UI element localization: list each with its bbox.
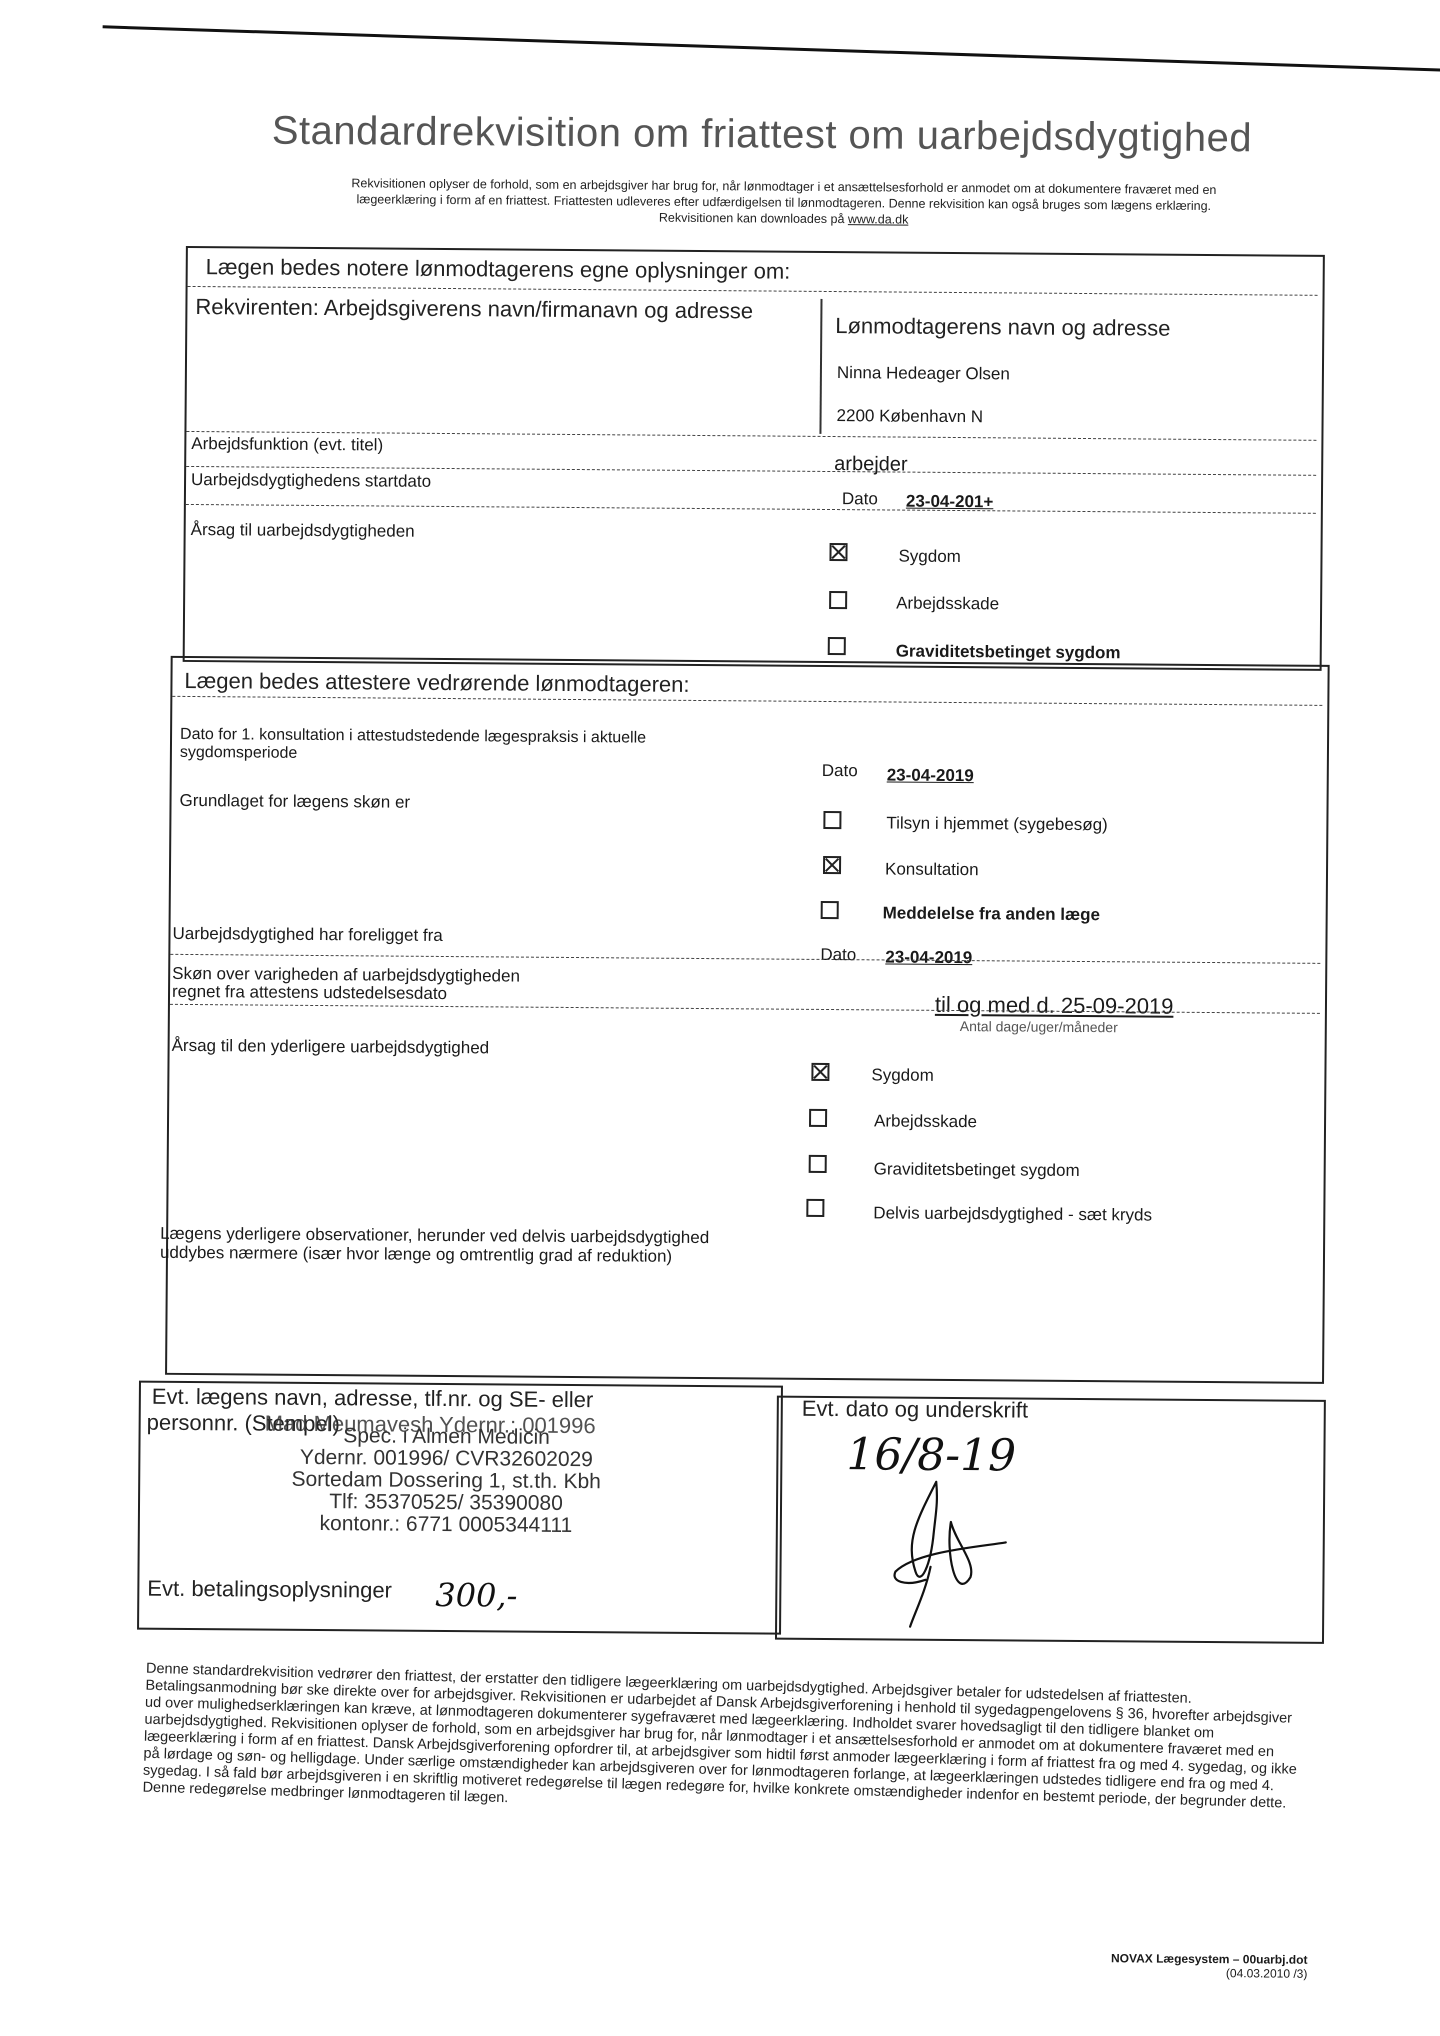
stamp-line: kontonr.: 6771 0005344111 <box>236 1512 656 1537</box>
further-sygdom-checkbox[interactable] <box>811 1063 829 1081</box>
signature-icon[interactable] <box>875 1471 1036 1632</box>
cause-arbejdsskade-checkbox[interactable] <box>829 591 847 609</box>
further-delvis-label: Delvis uarbejdsdygtighed - sæt kryds <box>873 1203 1152 1225</box>
first-consult-dato-label: Dato <box>822 761 858 781</box>
further-cause-label: Årsag til den yderligere uarbejdsdygtigh… <box>172 1036 490 1058</box>
document-title: Standardrekvisition om friattest om uarb… <box>272 109 1253 162</box>
section1-heading: Lægen bedes notere lønmodtagerens egne o… <box>206 254 791 285</box>
basis-meddelelse-label: Meddelelse fra anden læge <box>883 903 1100 925</box>
cause-graviditet-checkbox[interactable] <box>828 637 846 655</box>
cause-sygdom-checkbox[interactable] <box>829 543 847 561</box>
form-page: Standardrekvisition om friattest om uarb… <box>0 0 1440 2036</box>
basis-tilsyn-label: Tilsyn i hjemmet (sygebesøg) <box>886 813 1108 835</box>
section2-heading: Lægen bedes attestere vedrørende lønmodt… <box>184 668 689 698</box>
doctor-stamp: Spec. i Almen Medicin Ydernr. 001996/ CV… <box>236 1424 657 1537</box>
basis-meddelelse-checkbox[interactable] <box>821 901 839 919</box>
job-function-label: Arbejdsfunktion (evt. titel) <box>191 434 383 456</box>
stamp-line: Sortedam Dossering 1, st.th. Kbh <box>236 1468 656 1493</box>
cause-sygdom-label: Sygdom <box>898 547 961 567</box>
further-graviditet-checkbox[interactable] <box>809 1155 827 1173</box>
cause-label: Årsag til uarbejdsdygtigheden <box>191 520 415 542</box>
first-consult-date[interactable]: 23-04-2019 <box>887 765 974 786</box>
duration-hint: Antal dage/uger/måneder <box>960 1018 1118 1035</box>
incapacity-from-dato-label: Dato <box>820 945 856 965</box>
start-date-dato-label: Dato <box>842 489 878 509</box>
scan-top-rule <box>103 25 1440 71</box>
observations-field[interactable] <box>167 1271 1308 1370</box>
further-sygdom-label: Sygdom <box>871 1065 934 1085</box>
first-consult-label-2: sygdomsperiode <box>180 744 298 763</box>
further-arbejdsskade-checkbox[interactable] <box>809 1109 827 1127</box>
further-delvis-checkbox[interactable] <box>806 1199 824 1217</box>
cause-graviditet-label: Graviditetsbetinget sygdom <box>896 642 1121 664</box>
basis-tilsyn-checkbox[interactable] <box>823 811 841 829</box>
signature-label: Evt. dato og underskrift <box>802 1396 1028 1424</box>
employee-name[interactable]: Ninna Hedeager Olsen <box>837 363 1010 384</box>
incapacity-from-label: Uarbejdsdygtighed har foreligget fra <box>172 924 442 946</box>
basis-konsultation-checkbox[interactable] <box>823 856 841 874</box>
cause-arbejdsskade-label: Arbejdsskade <box>896 594 999 615</box>
further-arbejdsskade-label: Arbejdsskade <box>874 1111 977 1132</box>
intro-text: Rekvisitionen oplyser de forhold, som en… <box>241 174 1326 231</box>
basis-label: Grundlaget for lægens skøn er <box>179 791 410 813</box>
version-line: (04.03.2010 /3) <box>1067 1965 1307 1981</box>
employee-label: Lønmodtagerens navn og adresse <box>835 313 1170 342</box>
start-date-label: Uarbejdsdygtighedens startdato <box>191 470 431 492</box>
employer-label: Rekvirenten: Arbejdsgiverens navn/firman… <box>195 294 753 324</box>
incapacity-from-date[interactable]: 23-04-2019 <box>885 947 972 968</box>
download-link[interactable]: www.da.dk <box>848 212 909 226</box>
observations-label-2: uddybes nærmere (især hvor længe og omtr… <box>160 1243 672 1267</box>
basis-konsultation-label: Konsultation <box>885 859 979 880</box>
system-footer: NOVAX Lægesystem – 00uarbj.dot (04.03.20… <box>1067 1951 1307 1981</box>
payment-value[interactable]: 300,- <box>435 1576 517 1615</box>
doctor-label-1: Evt. lægens navn, adresse, tlf.nr. og SE… <box>152 1384 594 1413</box>
duration-value[interactable]: til og med d. 25-09-2019 <box>935 992 1174 1020</box>
footer-disclaimer: Denne standardrekvisition vedrører den f… <box>142 1661 1305 1830</box>
further-graviditet-label: Graviditetsbetinget sygdom <box>874 1159 1080 1181</box>
payment-label: Evt. betalingsoplysninger <box>147 1576 392 1604</box>
job-function-value[interactable]: arbejder <box>834 453 908 477</box>
duration-label-2: regnet fra attestens udstedelsesdato <box>172 982 447 1004</box>
employee-city[interactable]: 2200 København N <box>837 406 984 427</box>
